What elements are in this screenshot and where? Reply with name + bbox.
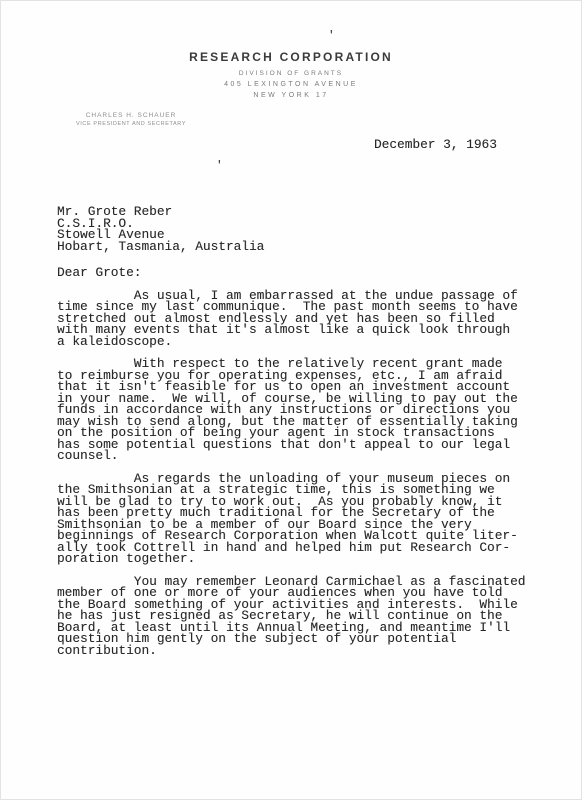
letter-paragraph-3: As regards the unloading of your museum …: [57, 473, 532, 565]
letter-page: ' ' RESEARCH CORPORATION DIVISION OF GRA…: [0, 0, 582, 800]
officer-name: CHARLES H. SCHAUER: [76, 112, 186, 119]
recipient-address-block: Mr. Grote Reber C.S.I.R.O. Stowell Avenu…: [57, 206, 532, 252]
letterhead-city: NEW YORK 17: [0, 92, 582, 99]
letterhead-company-name: RESEARCH CORPORATION: [0, 50, 582, 64]
scan-artifact-mark-top: ': [328, 30, 335, 42]
letterhead-officer-block: CHARLES H. SCHAUER VICE PRESIDENT AND SE…: [76, 112, 186, 127]
letterhead: RESEARCH CORPORATION DIVISION OF GRANTS …: [0, 50, 582, 99]
letter-date: December 3, 1963: [374, 137, 497, 152]
officer-title: VICE PRESIDENT AND SECRETARY: [76, 121, 186, 127]
letter-paragraph-4: You may remember Leonard Carmichael as a…: [57, 576, 532, 657]
letter-paragraph-1: As usual, I am embarrassed at the undue …: [57, 290, 532, 348]
letterhead-street-address: 405 LEXINGTON AVENUE: [0, 81, 582, 88]
salutation: Dear Grote:: [57, 267, 532, 279]
letter-paragraph-2: With respect to the relatively recent gr…: [57, 358, 532, 462]
scan-artifact-mark-side: ': [216, 160, 223, 172]
letter-body: Mr. Grote Reber C.S.I.R.O. Stowell Avenu…: [57, 206, 532, 656]
recipient-city: Hobart, Tasmania, Australia: [57, 241, 532, 253]
letterhead-division: DIVISION OF GRANTS: [0, 70, 582, 77]
